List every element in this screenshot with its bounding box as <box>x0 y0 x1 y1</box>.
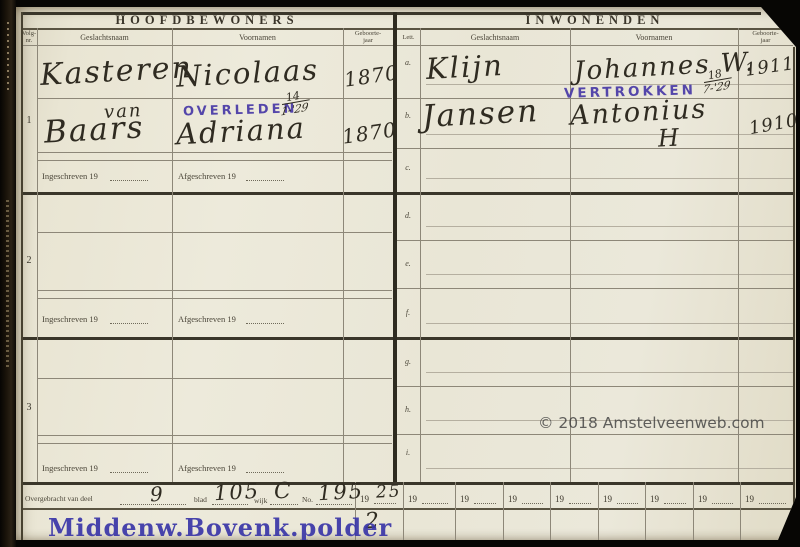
spine-stitching <box>7 22 9 92</box>
register-page: HOOFDBEWONERS INWONENDEN Volg- nr. Gesla… <box>16 7 796 540</box>
year-cell-label: 19 <box>555 494 564 504</box>
watermark-copyright: © 2018 Amstelveenweb.com <box>538 414 765 432</box>
year-cell-label: 19 <box>650 494 659 504</box>
year-cell-label: 19 <box>745 494 754 504</box>
hw-first-year: 25 <box>376 483 402 501</box>
year-cell-label: 19 <box>508 494 517 504</box>
year-cell-label: 19 <box>460 494 469 504</box>
book-spine <box>0 0 16 547</box>
fill-line <box>664 502 686 504</box>
fill-line <box>712 502 733 504</box>
fill-line <box>474 502 496 504</box>
spine-edge-text <box>6 200 9 370</box>
fill-line <box>759 502 786 504</box>
fill-line <box>617 502 638 504</box>
year-cell-label: 19 <box>360 494 369 504</box>
year-cell-label: 19 <box>603 494 612 504</box>
fill-line <box>422 502 448 504</box>
year-cell-label: 19 <box>408 494 417 504</box>
fill-line <box>522 502 543 504</box>
fill-line <box>569 502 591 504</box>
year-cells-row: 191919191919191919 <box>16 7 796 540</box>
year-cell-label: 19 <box>698 494 707 504</box>
district-stamp: Middenw.Bovenk.polder <box>48 513 392 542</box>
